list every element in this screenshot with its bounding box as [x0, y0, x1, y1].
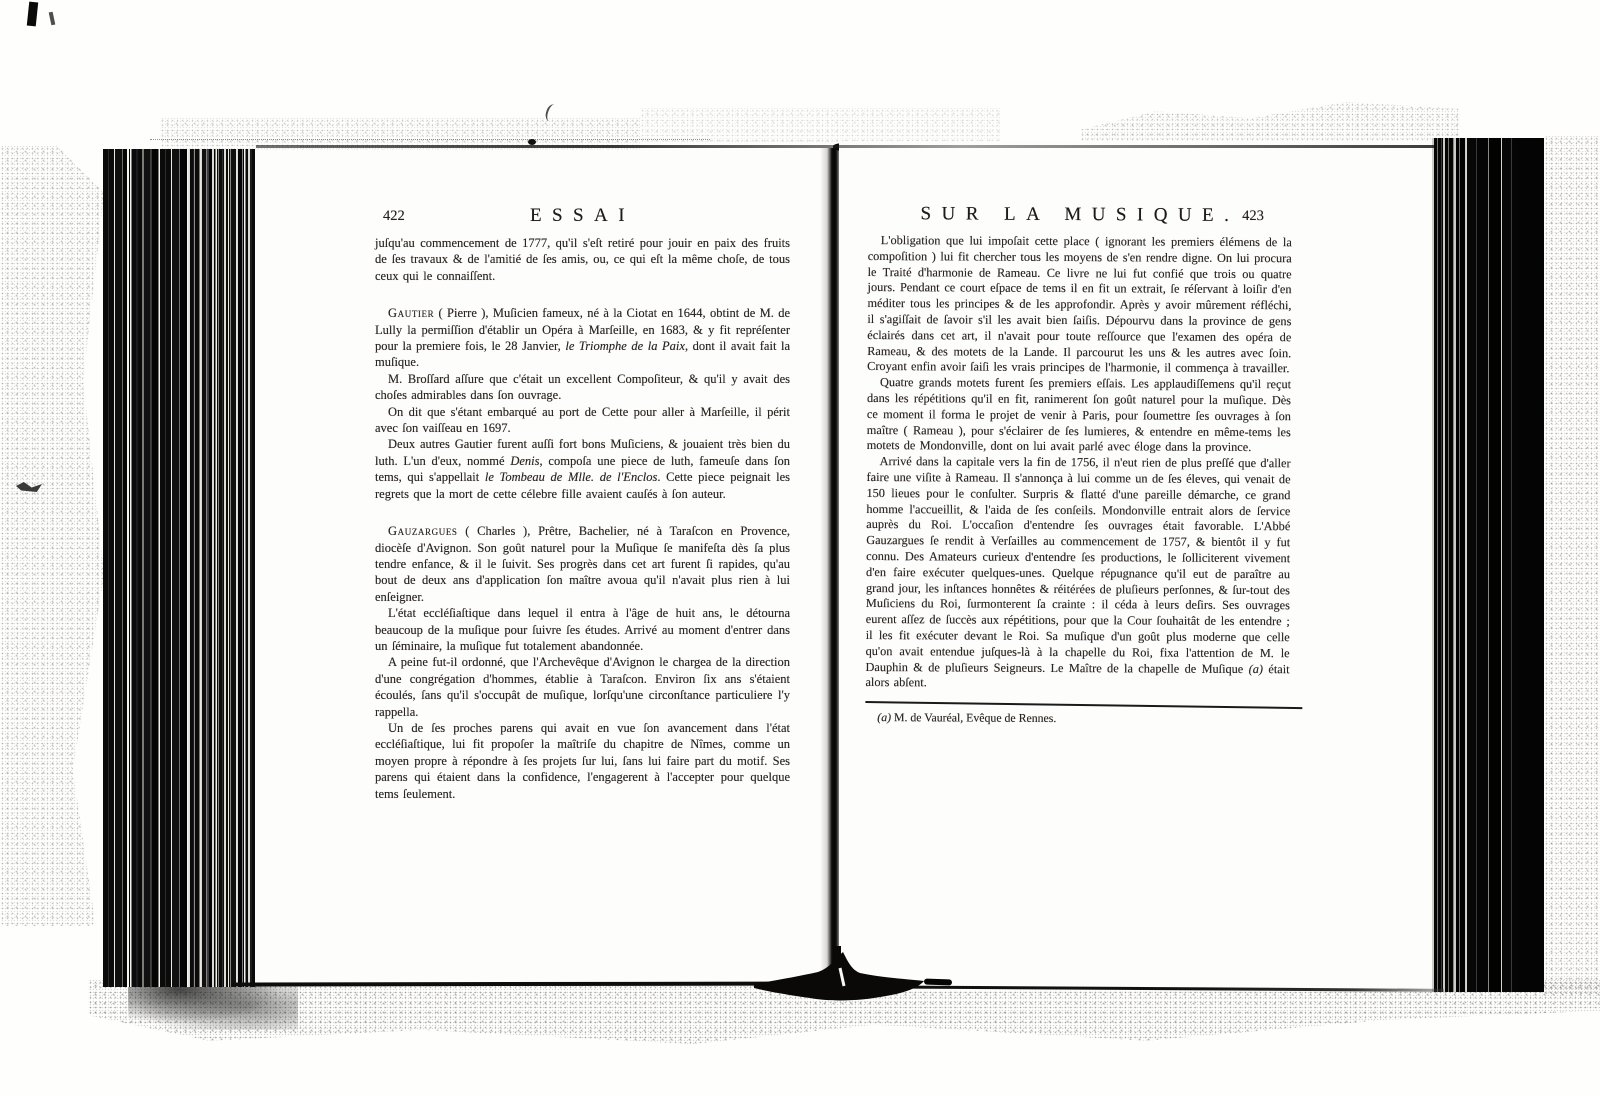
- right-page: SUR LA MUSIQUE. 423 L'obligation que lui…: [839, 141, 1432, 990]
- spine-bottom-ink-blob: [748, 946, 1008, 1012]
- italic-text: le Triomphe de la Paix: [565, 339, 685, 353]
- right-page-text: L'obligation que lui impoſait cette plac…: [865, 233, 1291, 693]
- paragraph: L'obligation que lui impoſait cette plac…: [867, 233, 1292, 377]
- small-caps-name: Gauzargues: [388, 524, 458, 538]
- page-top-edge: [256, 145, 1434, 148]
- text-run: Un de ſes proches parens qui avait en vu…: [375, 721, 790, 801]
- text-run: Quatre grands motets furent ſes premiers…: [867, 375, 1291, 454]
- running-title: ESSAI: [375, 205, 790, 227]
- book-left-page-edges: [103, 149, 255, 987]
- page-edge-highlight: [127, 149, 129, 987]
- page-edge-shadow: [1518, 138, 1544, 992]
- scan-noise-left: [0, 146, 104, 926]
- paragraph: juſqu'au commencement de 1777, qu'il s'e…: [375, 235, 790, 284]
- right-page-content: SUR LA MUSIQUE. 423 L'obligation que lui…: [865, 203, 1292, 727]
- scan-smudge-line: [150, 139, 710, 140]
- text-run: M. Broſſard aſſure que c'était un excell…: [375, 372, 790, 402]
- paragraph: A peine fut-il ordonné, que l'Archevêque…: [375, 654, 790, 720]
- paragraph: Gautier ( Pierre ), Muſicien fameux, né …: [375, 305, 790, 371]
- text-run: L'obligation que lui impoſait cette plac…: [867, 233, 1292, 376]
- paragraph: Quatre grands motets furent ſes premiers…: [867, 375, 1291, 456]
- paragraph: On dit que s'étant embarqué au port de C…: [375, 404, 790, 437]
- book-right-page-edges: [1432, 138, 1544, 992]
- italic-text: (a): [1249, 662, 1263, 676]
- italic-text: le Tombeau de Mlle. de l'Enclos: [485, 470, 658, 484]
- footnote-rule: [865, 701, 1302, 709]
- text-run: Arrivé dans la capitale vers la fin de 1…: [866, 454, 1291, 675]
- left-page-text: juſqu'au commencement de 1777, qu'il s'e…: [375, 235, 790, 802]
- paragraph: L'état eccléſiaſtique dans lequel il ent…: [375, 605, 790, 654]
- scanned-book-spread: 422 ESSAI juſqu'au commencement de 1777,…: [0, 0, 1600, 1095]
- ink-mark: [27, 2, 38, 27]
- text-run: On dit que s'étant embarqué au port de C…: [375, 405, 790, 435]
- paragraph: Un de ſes proches parens qui avait en vu…: [375, 720, 790, 802]
- page-number: 423: [1242, 208, 1264, 225]
- left-page-header: 422 ESSAI: [375, 205, 790, 235]
- page-number: 422: [383, 208, 405, 225]
- left-page: 422 ESSAI juſqu'au commencement de 1777,…: [255, 150, 830, 986]
- text-run: M. de Vauréal, Evêque de Rennes.: [891, 710, 1056, 725]
- page-edge-highlight: [188, 149, 250, 987]
- paragraph: Gauzargues ( Charles ), Prêtre, Bachelie…: [375, 523, 790, 605]
- text-run: A peine fut-il ordonné, que l'Archevêque…: [375, 655, 790, 718]
- paragraph: M. Broſſard aſſure que c'était un excell…: [375, 371, 790, 404]
- right-page-header: SUR LA MUSIQUE. 423: [868, 203, 1292, 235]
- left-page-content: 422 ESSAI juſqu'au commencement de 1777,…: [375, 205, 790, 802]
- footnote: (a) M. de Vauréal, Evêque de Rennes.: [877, 710, 1289, 727]
- small-caps-name: Gautier: [388, 306, 434, 320]
- page-edge-highlight: [1432, 138, 1466, 992]
- italic-text: (a): [877, 710, 891, 724]
- running-title: SUR LA MUSIQUE.: [868, 203, 1292, 227]
- scan-noise-right: [1544, 136, 1600, 994]
- paragraph: Deux autres Gautier furent auſſi fort bo…: [375, 436, 790, 502]
- text-run: juſqu'au commencement de 1777, qu'il s'e…: [375, 236, 790, 283]
- paragraph: Arrivé dans la capitale vers la fin de 1…: [865, 454, 1290, 693]
- ink-mark: [49, 12, 56, 26]
- italic-text: Denis: [510, 454, 539, 468]
- text-run: L'état eccléſiaſtique dans lequel il ent…: [375, 606, 790, 653]
